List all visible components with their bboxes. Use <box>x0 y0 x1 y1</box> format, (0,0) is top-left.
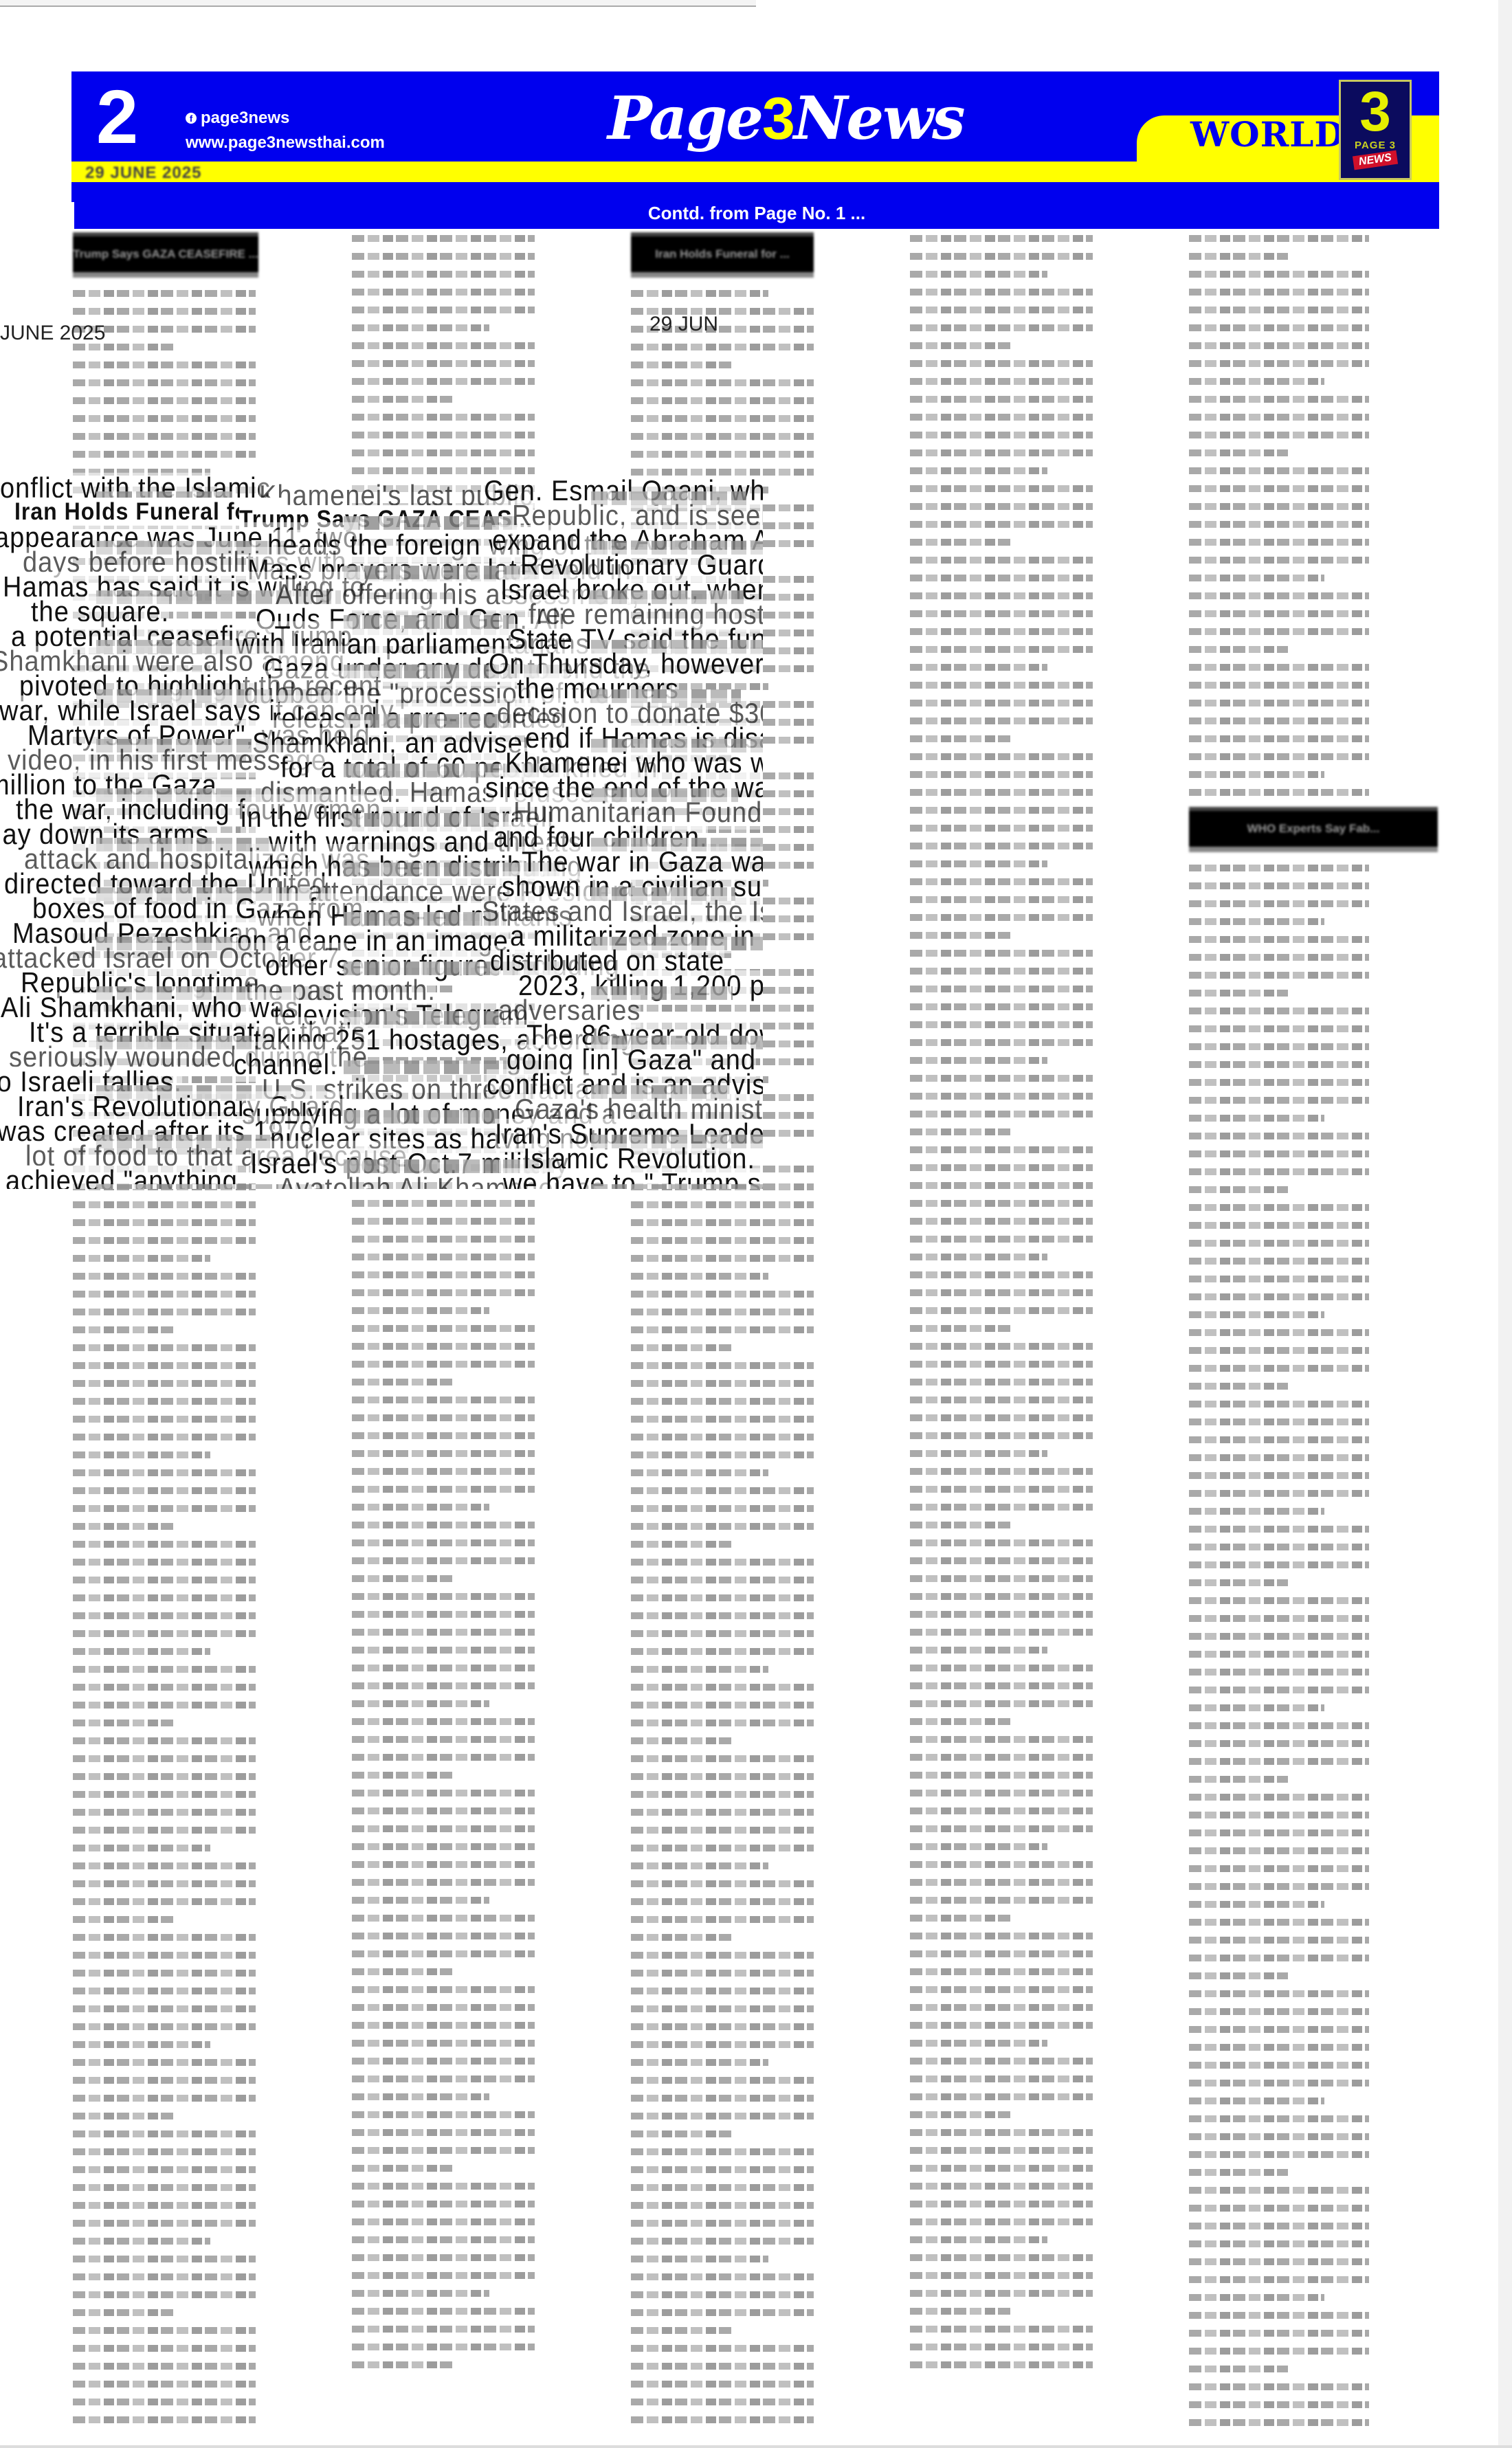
text-line <box>910 1557 1093 1564</box>
text-line <box>352 1700 489 1707</box>
text-line <box>910 825 1093 832</box>
pixelated-strip <box>591 1184 763 1189</box>
garbled-text-overlay: conflict with the IslamicKhamenei's last… <box>0 460 763 1189</box>
issue-date: 29 JUNE 2025 <box>85 164 201 183</box>
text-line <box>73 2184 256 2191</box>
text-line <box>910 1879 1093 1886</box>
text-line <box>910 1039 1093 1046</box>
text-line <box>1189 1669 1369 1676</box>
text-line <box>1189 1168 1369 1175</box>
text-line <box>910 253 1093 260</box>
text-line <box>1189 664 1369 671</box>
text-line <box>73 1684 256 1691</box>
text-line <box>1189 2401 1369 2408</box>
text-line <box>352 2183 535 2190</box>
text-line <box>631 433 814 440</box>
text-line <box>910 2111 1010 2118</box>
text-line <box>910 628 1093 635</box>
text-line <box>1189 700 1369 706</box>
text-line <box>631 1791 814 1798</box>
text-line <box>73 1273 256 1280</box>
text-line <box>1189 1758 1369 1765</box>
article-headline[interactable]: Iran Holds Funeral for ... <box>631 232 814 278</box>
text-line <box>1189 2169 1288 2176</box>
text-line <box>352 1307 489 1314</box>
text-line <box>631 1326 814 1333</box>
text-line <box>73 1505 256 1512</box>
text-line <box>910 1468 1093 1475</box>
text-line <box>1189 1812 1369 1818</box>
text-line <box>352 378 535 385</box>
text-line <box>631 1952 814 1959</box>
text-line <box>352 1271 535 1278</box>
text-line <box>73 1362 256 1369</box>
text-line <box>352 1486 535 1493</box>
text-line <box>73 379 256 386</box>
text-line <box>1189 503 1369 510</box>
text-line <box>352 1843 535 1850</box>
text-line <box>910 843 1093 849</box>
text-line <box>352 1897 489 1904</box>
text-line <box>910 1611 1093 1618</box>
text-line <box>73 1541 256 1548</box>
text-line <box>910 2058 1093 2065</box>
text-line <box>1189 1937 1369 1944</box>
text-line <box>1189 1561 1369 1568</box>
text-line <box>910 1414 1093 1421</box>
text-line <box>1189 1829 1369 1836</box>
text-line <box>631 1737 731 1744</box>
text-line <box>910 700 1093 706</box>
text-line <box>1189 449 1288 456</box>
text-line <box>910 1379 1093 1386</box>
text-line <box>910 1522 1010 1528</box>
text-line <box>631 2381 814 2388</box>
text-line <box>910 968 1093 975</box>
text-line <box>631 2291 814 2298</box>
article-headline[interactable]: Trump Says GAZA CEASEFIRE ... <box>73 232 258 278</box>
text-line <box>1189 324 1369 331</box>
facebook-link[interactable]: f page3news <box>186 109 289 128</box>
text-line <box>1189 1097 1369 1104</box>
text-line <box>73 2309 173 2316</box>
text-line <box>910 2093 1093 2100</box>
text-line <box>1189 575 1324 581</box>
text-line <box>910 2361 1093 2368</box>
text-line <box>1189 628 1369 635</box>
text-line <box>73 2166 256 2173</box>
text-line <box>1189 1311 1324 1318</box>
text-line <box>631 2041 814 2048</box>
text-line <box>631 1916 814 1923</box>
page-number: 2 <box>96 80 138 155</box>
text-line <box>1189 954 1369 961</box>
text-line <box>73 1559 256 1566</box>
text-line <box>352 2272 535 2279</box>
text-line <box>910 1504 1093 1511</box>
text-line <box>352 1933 535 1939</box>
text-line <box>631 1934 731 1941</box>
text-line <box>631 1702 814 1709</box>
text-line <box>352 271 535 278</box>
text-line <box>352 2326 535 2333</box>
text-line <box>910 2040 1047 2047</box>
text-line <box>73 1380 256 1387</box>
text-line <box>1189 1704 1324 1711</box>
text-line <box>352 324 489 331</box>
text-line <box>73 2130 256 2137</box>
text-line <box>910 1718 1010 1725</box>
text-line <box>1189 882 1369 889</box>
pixelated-strip <box>344 516 517 530</box>
text-line <box>73 2095 256 2102</box>
text-line <box>910 1218 1093 1225</box>
text-line <box>631 1648 814 1655</box>
text-line <box>910 860 1047 867</box>
text-line <box>1189 1633 1369 1640</box>
text-line <box>1189 521 1369 528</box>
text-line <box>631 1523 814 1530</box>
text-line <box>352 2129 535 2136</box>
text-line <box>910 1629 1093 1636</box>
text-line <box>1189 289 1369 296</box>
text-line <box>1189 1133 1369 1139</box>
text-line <box>631 2166 814 2173</box>
text-line <box>631 1827 814 1834</box>
text-line <box>352 2254 535 2261</box>
text-line <box>910 646 1093 653</box>
text-line <box>73 2059 256 2066</box>
text-line <box>352 1986 535 1993</box>
text-line <box>631 1720 814 1726</box>
text-line <box>1189 1043 1369 1050</box>
text-line <box>1189 1615 1369 1622</box>
pixelated-strip <box>344 813 509 827</box>
text-line <box>910 1343 1093 1350</box>
text-line <box>910 289 1093 296</box>
text-line <box>1189 990 1288 997</box>
logo-prefix: Page <box>608 84 762 153</box>
text-line <box>910 1164 1093 1171</box>
text-line <box>910 1397 1093 1403</box>
text-line <box>1189 610 1369 617</box>
text-line <box>1189 539 1369 546</box>
text-line <box>1189 1972 1288 1979</box>
text-line <box>1189 396 1369 403</box>
text-line <box>73 397 256 404</box>
text-line <box>910 1897 1093 1904</box>
text-line <box>1189 1687 1369 1693</box>
text-line <box>352 360 535 367</box>
text-line <box>1189 1490 1369 1497</box>
text-line <box>631 415 814 422</box>
article-column-4 <box>910 235 1093 2379</box>
text-line <box>631 2238 814 2245</box>
text-line <box>73 1934 256 1941</box>
text-line <box>1189 1383 1288 1390</box>
text-line <box>1189 2348 1369 2355</box>
text-line <box>352 1611 535 1618</box>
text-line <box>631 1201 814 1208</box>
text-line <box>910 2147 1093 2154</box>
text-line <box>910 1933 1093 1939</box>
page3-badge-logo: 3 PAGE 3 NEWS <box>1339 80 1412 180</box>
text-line <box>73 1916 173 1923</box>
text-line <box>1189 753 1369 760</box>
text-line <box>73 2005 256 2012</box>
stray-date-fragment: JUNE 2025 <box>0 322 105 345</box>
text-line <box>910 1128 1010 1135</box>
text-line <box>910 1665 1093 1671</box>
masthead-logo: Page3News <box>608 84 964 153</box>
text-line <box>1189 1436 1369 1443</box>
text-line <box>1189 2080 1369 2087</box>
text-line <box>631 1630 814 1637</box>
text-line <box>352 1200 535 1207</box>
article-body <box>1189 235 1369 796</box>
text-line <box>1189 2026 1369 2033</box>
text-line <box>73 1255 210 1262</box>
text-line <box>910 1361 1093 1368</box>
text-line <box>73 2273 256 2280</box>
text-line <box>352 2361 452 2368</box>
text-line <box>1189 789 1369 796</box>
text-line <box>910 521 1093 528</box>
text-line <box>352 307 535 313</box>
text-line <box>1189 235 1369 242</box>
text-line <box>631 1362 814 1369</box>
text-line <box>73 290 256 297</box>
text-line <box>352 2058 535 2065</box>
text-line <box>1189 2330 1369 2337</box>
text-line <box>352 1754 535 1761</box>
text-line <box>910 360 1093 367</box>
text-line <box>73 1309 256 1315</box>
text-line <box>910 753 1093 760</box>
text-line <box>352 1629 535 1636</box>
text-line <box>910 2183 1093 2190</box>
text-line <box>1189 771 1324 778</box>
text-line <box>73 2202 256 2209</box>
text-line <box>352 2004 535 2011</box>
text-line <box>73 2416 256 2423</box>
text-line <box>352 2236 535 2243</box>
text-line <box>352 1861 535 1868</box>
text-line <box>910 1200 1093 1207</box>
text-line <box>910 378 1093 385</box>
text-line <box>352 1825 535 1832</box>
text-line <box>910 2218 1093 2225</box>
text-line <box>910 342 1010 349</box>
text-line <box>352 235 535 242</box>
text-line <box>910 1986 1093 1993</box>
text-line <box>1189 2258 1369 2265</box>
text-line <box>352 342 535 349</box>
text-line <box>910 932 1010 939</box>
text-line <box>352 289 535 296</box>
text-line <box>631 1487 814 1494</box>
text-line <box>1189 307 1369 313</box>
text-line <box>352 2040 535 2047</box>
text-line <box>1189 2312 1369 2319</box>
website-link[interactable]: www.page3newsthai.com <box>186 133 385 153</box>
pixelated-strip <box>344 1110 500 1124</box>
text-line <box>73 433 256 440</box>
text-line <box>352 2111 535 2118</box>
text-line <box>910 1700 1093 1707</box>
continued-banner: Contd. from Page No. 1 ... <box>74 197 1439 229</box>
text-line <box>1189 342 1369 349</box>
text-line <box>1189 1347 1369 1354</box>
text-line <box>631 2273 814 2280</box>
text-line <box>1189 1865 1369 1872</box>
text-line <box>352 1325 535 1332</box>
text-line <box>73 1773 256 1780</box>
text-line <box>910 2129 1093 2136</box>
text-line <box>910 1254 1047 1260</box>
text-line <box>1189 432 1369 438</box>
text-line <box>352 449 535 456</box>
text-line <box>352 1397 535 1403</box>
text-line <box>352 1879 535 1886</box>
text-line <box>910 1861 1093 1868</box>
text-line <box>910 1790 1093 1796</box>
text-line <box>352 1343 535 1350</box>
text-line <box>631 290 768 297</box>
text-line <box>352 2344 535 2350</box>
text-line <box>1189 1847 1369 1854</box>
text-line <box>1189 1204 1369 1211</box>
text-line <box>73 1344 256 1351</box>
text-line <box>631 2416 814 2423</box>
text-line <box>1189 360 1369 367</box>
text-line <box>73 2220 256 2227</box>
text-line <box>73 1291 256 1298</box>
text-line <box>910 235 1093 242</box>
text-line <box>910 914 1093 921</box>
text-line <box>73 1755 256 1762</box>
text-line <box>631 2095 814 2102</box>
text-line <box>910 986 1093 992</box>
text-line <box>352 2218 535 2225</box>
text-line <box>73 1398 256 1405</box>
text-line <box>352 1218 535 1225</box>
text-line <box>910 2236 1047 2243</box>
text-line <box>910 271 1047 278</box>
text-line <box>352 1254 535 1260</box>
text-line <box>73 1862 256 1869</box>
facebook-handle: page3news <box>201 109 289 128</box>
text-line <box>1189 2062 1369 2069</box>
text-line <box>1189 2240 1369 2247</box>
text-line <box>352 1593 535 1600</box>
text-line <box>910 1593 1093 1600</box>
text-line <box>352 2093 489 2100</box>
text-line <box>910 449 1093 456</box>
text-line <box>73 415 256 422</box>
text-line <box>73 2345 256 2352</box>
text-line <box>1189 1472 1369 1479</box>
text-line <box>352 1968 452 1975</box>
text-line <box>1189 1329 1369 1336</box>
newspaper-page: 2 f page3news www.page3newsthai.com 29 J… <box>0 0 1512 2448</box>
text-line <box>910 2076 1093 2082</box>
text-line <box>910 2201 1093 2207</box>
text-line <box>73 1219 256 1226</box>
text-line <box>631 1219 814 1226</box>
text-line <box>631 1451 814 1458</box>
text-line <box>1189 2294 1324 2301</box>
text-line <box>73 1720 173 1726</box>
text-line <box>73 1612 256 1619</box>
text-line <box>1189 2008 1369 2015</box>
text-line <box>352 1718 535 1725</box>
text-line <box>1189 717 1369 724</box>
text-line <box>910 1075 1093 1082</box>
text-line <box>910 503 1093 510</box>
text-line <box>910 1968 1093 1975</box>
text-line <box>910 592 1093 599</box>
text-line <box>910 539 1010 546</box>
text-line <box>73 2363 256 2370</box>
text-line <box>1189 682 1369 689</box>
text-line <box>1189 1597 1369 1604</box>
text-line <box>910 1825 1093 1832</box>
text-line <box>631 2399 814 2405</box>
text-line <box>1189 1901 1324 1908</box>
text-line <box>910 2326 1093 2333</box>
text-line <box>631 1309 814 1315</box>
text-line <box>1189 1544 1369 1550</box>
text-line <box>73 1648 210 1655</box>
article-body <box>1189 865 1369 2426</box>
text-line <box>73 1737 256 1744</box>
text-line <box>73 2381 256 2388</box>
text-line <box>73 1434 256 1440</box>
text-line <box>1189 865 1369 871</box>
text-line <box>910 1093 1093 1100</box>
text-line <box>631 1398 814 1405</box>
text-line <box>631 1505 814 1512</box>
text-line <box>631 1291 814 1298</box>
text-line <box>1189 2187 1369 2194</box>
article-headline[interactable]: WHO Experts Say Fab... <box>1189 807 1438 852</box>
text-line <box>1189 1579 1288 1586</box>
text-line <box>910 2290 1093 2297</box>
text-line <box>73 1970 256 1977</box>
text-line <box>1189 1365 1369 1372</box>
text-line <box>73 1988 256 1994</box>
text-line <box>352 1557 535 1564</box>
text-line <box>631 1434 814 1440</box>
text-line <box>352 1539 535 1546</box>
text-line <box>910 789 1093 796</box>
text-line <box>352 1504 489 1511</box>
section-label: WORLD <box>1190 114 1345 155</box>
text-line <box>73 361 256 368</box>
text-line <box>1189 900 1369 907</box>
text-line <box>631 2309 814 2316</box>
text-line <box>910 1950 1093 1957</box>
facebook-icon: f <box>186 113 197 124</box>
text-line <box>1189 1794 1369 1801</box>
text-line <box>1189 1401 1369 1407</box>
text-line <box>352 414 535 421</box>
text-line <box>910 950 1093 957</box>
text-line <box>631 2005 814 2012</box>
text-line <box>910 575 1093 581</box>
text-line <box>352 1379 452 1386</box>
